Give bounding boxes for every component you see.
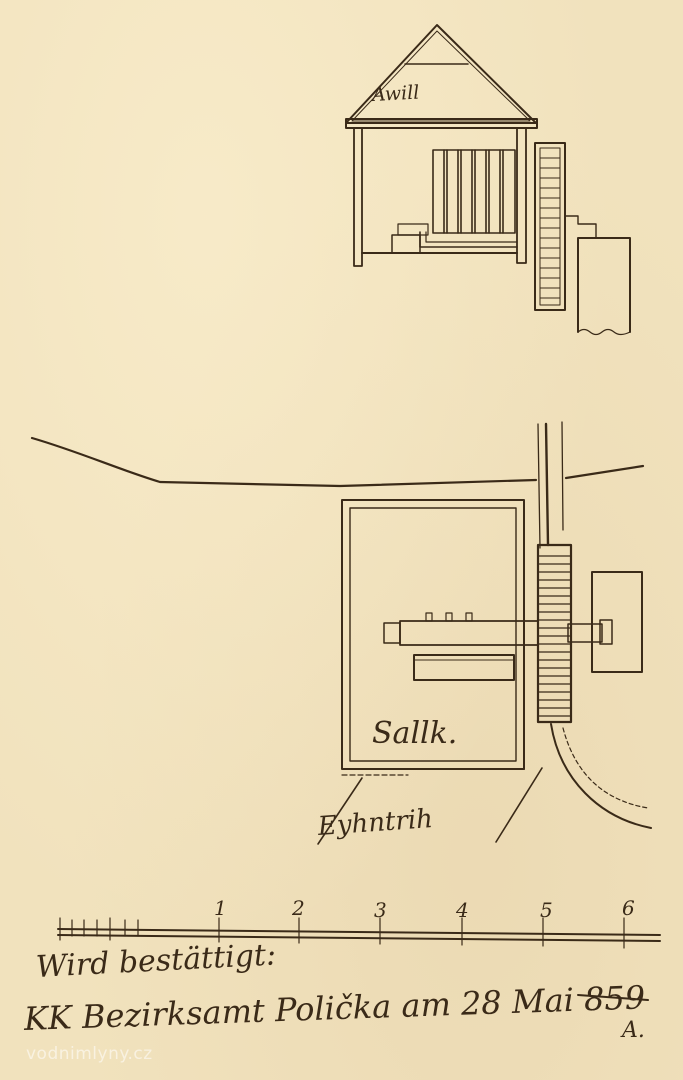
roof-label: Awill <box>371 82 419 106</box>
elevation-view <box>346 25 630 335</box>
scale-tick-label: 4 <box>456 898 469 922</box>
scale-tick-label: 2 <box>292 896 305 920</box>
scale-tick-label: 1 <box>214 896 227 920</box>
room-label: Sallk. <box>372 716 457 751</box>
scale-tick-label: 6 <box>622 896 635 920</box>
watermark: vodnimlyny.cz <box>26 1044 153 1064</box>
scale-tick-label: 3 <box>374 898 387 922</box>
plan-view <box>318 500 651 844</box>
corner-mark: A. <box>622 1018 645 1043</box>
mill-drawing <box>0 0 683 1080</box>
riverbank-line <box>32 438 536 486</box>
scale-tick-label: 5 <box>540 898 553 922</box>
